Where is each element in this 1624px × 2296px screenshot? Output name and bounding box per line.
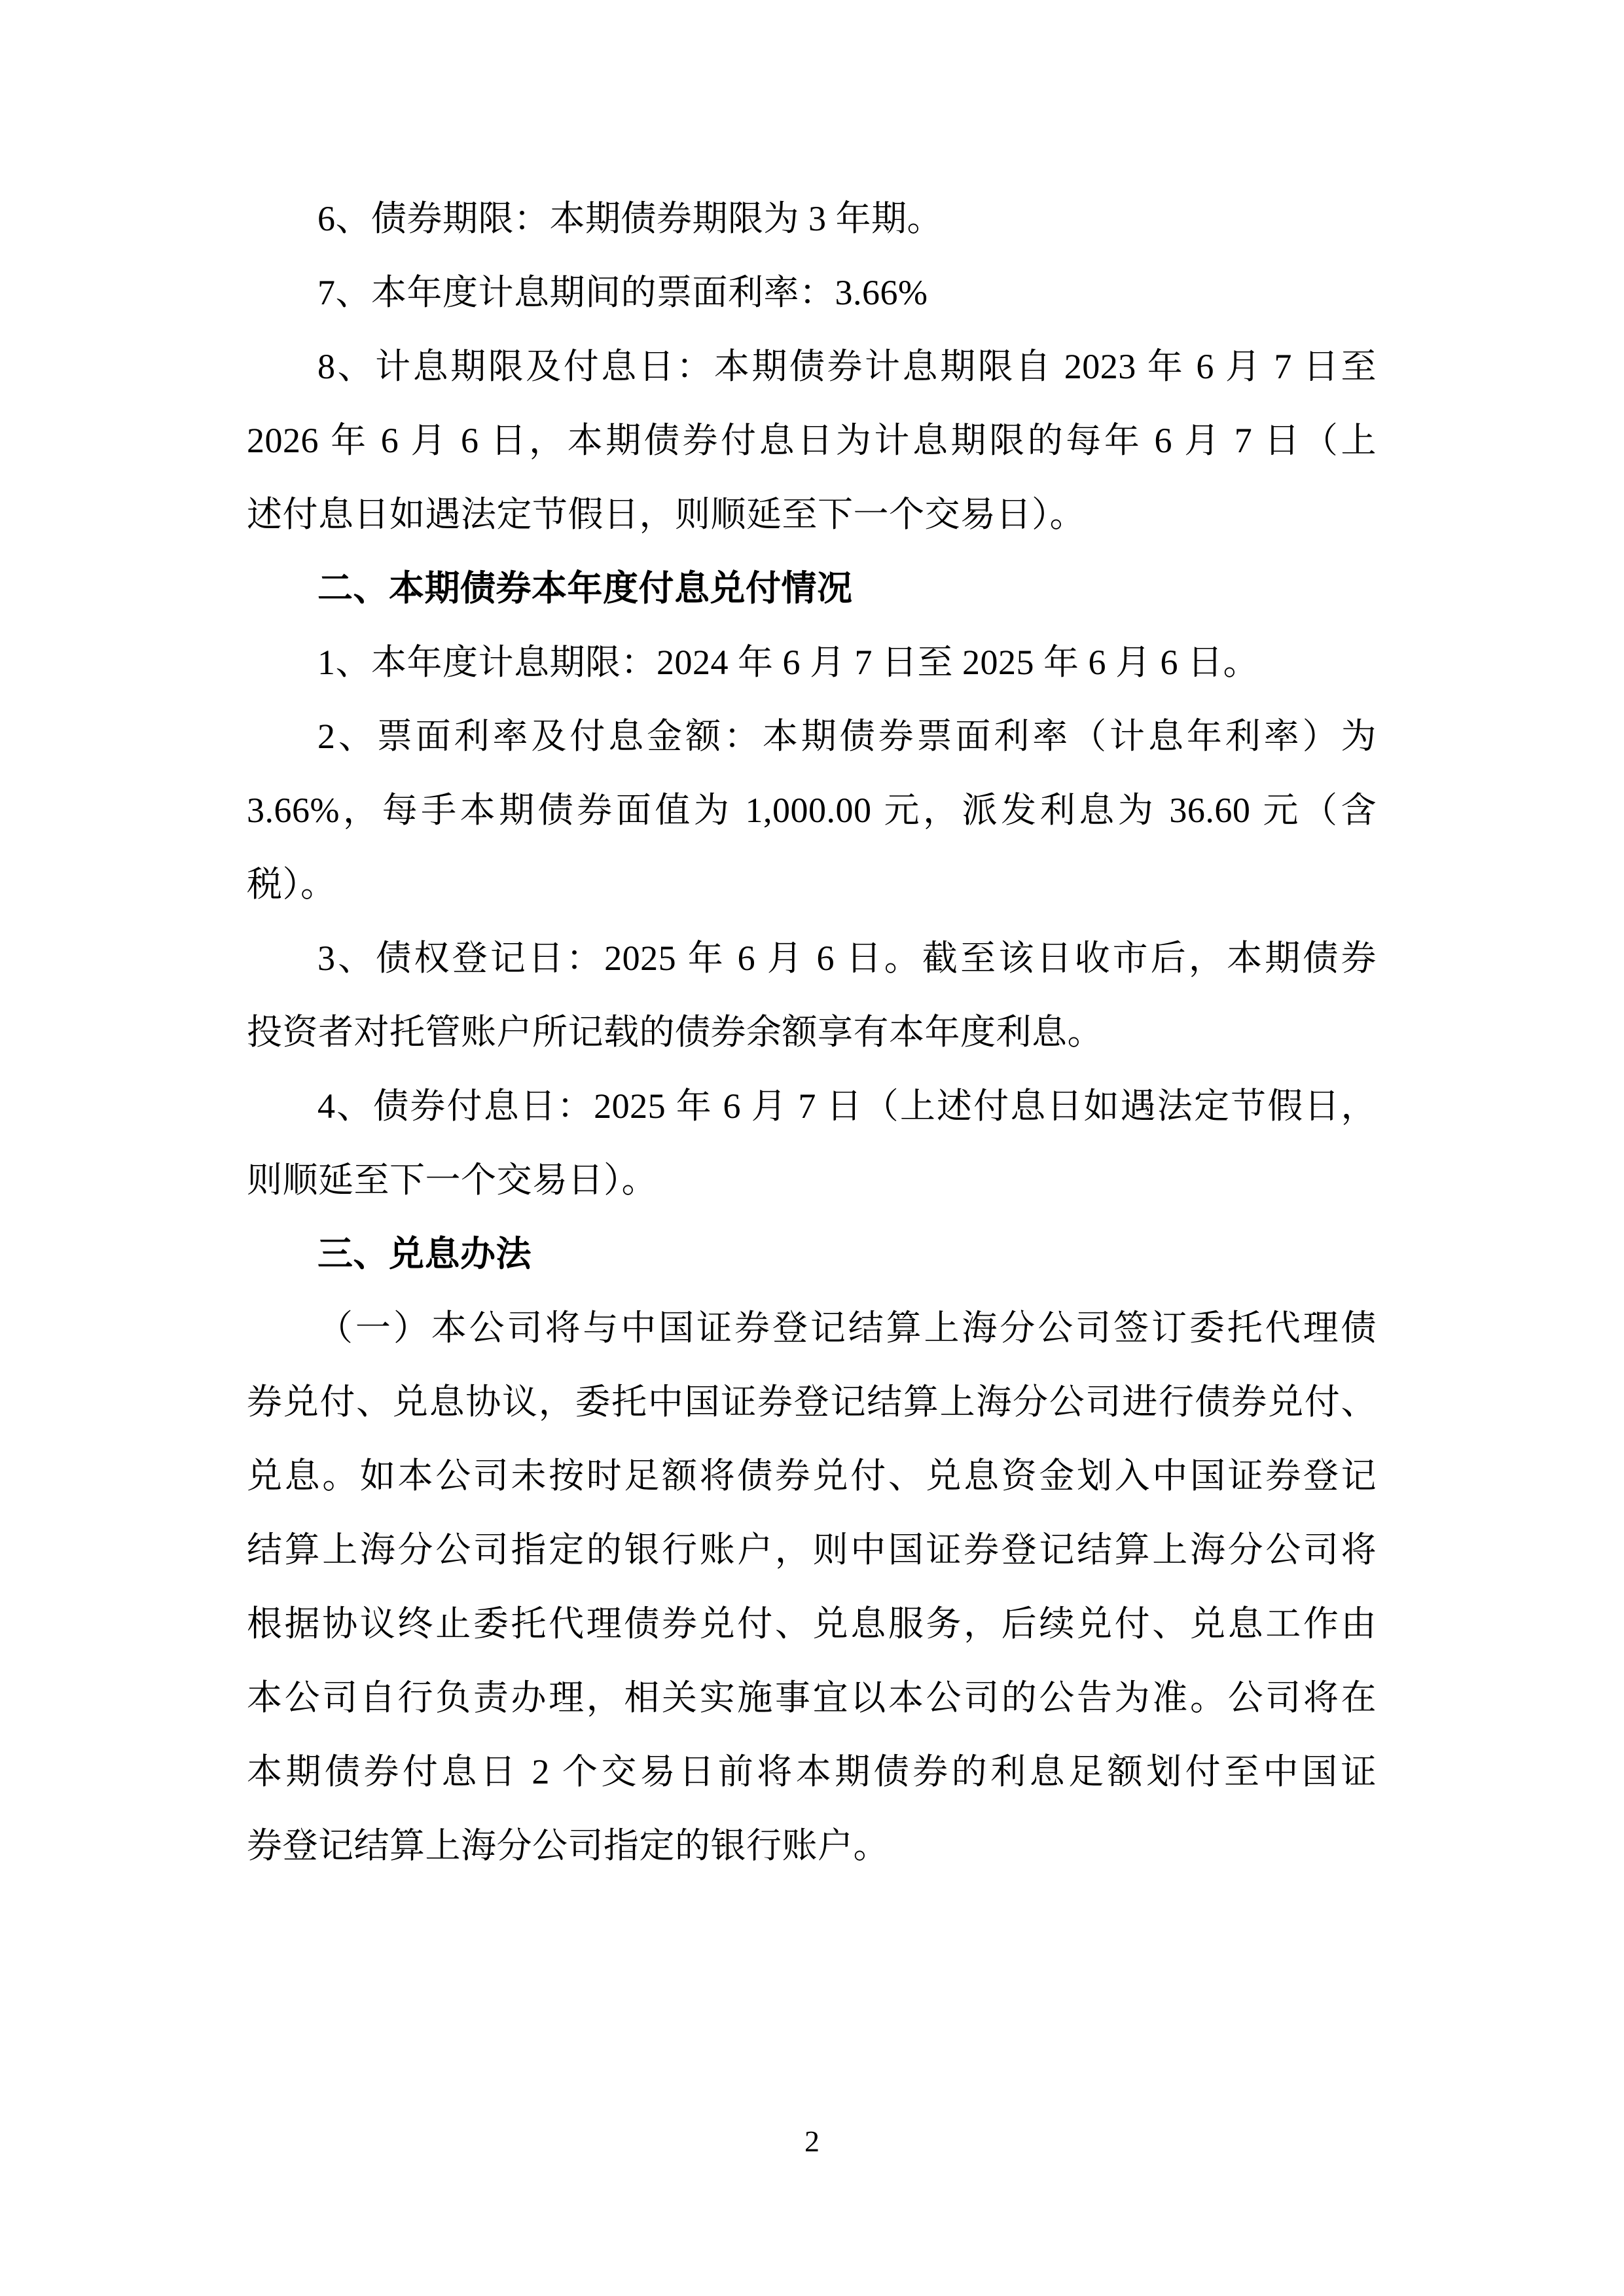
text-line: 本公司自行负责办理，相关实施事宜以本公司的公告为准。公司将在 [247,1661,1377,1735]
text-line: （一）本公司将与中国证券登记结算上海分公司签订委托代理债 [247,1291,1377,1365]
text-line: 1、本年度计息期限：2024 年 6 月 7 日至 2025 年 6 月 6 日… [247,626,1377,700]
text-line: 投资者对托管账户所记载的债券余额享有本年度利息。 [247,996,1377,1069]
paragraph: 7、本年度计息期间的票面利率：3.66% [247,256,1377,330]
text-line: 7、本年度计息期间的票面利率：3.66% [247,256,1377,330]
text-line: 2、票面利率及付息金额：本期债券票面利率（计息年利率）为 [247,700,1377,774]
text-line: 3.66%，每手本期债券面值为 1,000.00 元，派发利息为 36.60 元… [247,774,1377,848]
paragraph: 8、计息期限及付息日：本期债券计息期限自 2023 年 6 月 7 日至2026… [247,330,1377,552]
text-line: 二、本期债券本年度付息兑付情况 [247,552,1377,626]
section-heading: 二、本期债券本年度付息兑付情况 [247,552,1377,626]
text-line: 兑息。如本公司未按时足额将债券兑付、兑息资金划入中国证券登记 [247,1439,1377,1513]
document-page: 6、债券期限：本期债券期限为 3 年期。7、本年度计息期间的票面利率：3.66%… [0,0,1624,2296]
text-line: 税）。 [247,848,1377,922]
text-line: 6、债券期限：本期债券期限为 3 年期。 [247,182,1377,256]
text-line: 8、计息期限及付息日：本期债券计息期限自 2023 年 6 月 7 日至 [247,330,1377,404]
text-line: 结算上海分公司指定的银行账户，则中国证券登记结算上海分公司将 [247,1513,1377,1587]
section-heading: 三、兑息办法 [247,1217,1377,1291]
text-line: 述付息日如遇法定节假日，则顺延至下一个交易日）。 [247,478,1377,552]
paragraph: 1、本年度计息期限：2024 年 6 月 7 日至 2025 年 6 月 6 日… [247,626,1377,700]
paragraph: 3、债权登记日：2025 年 6 月 6 日。截至该日收市后，本期债券投资者对托… [247,922,1377,1069]
text-line: 本期债券付息日 2 个交易日前将本期债券的利息足额划付至中国证 [247,1735,1377,1809]
paragraph: 6、债券期限：本期债券期限为 3 年期。 [247,182,1377,256]
text-line: 券兑付、兑息协议，委托中国证券登记结算上海分公司进行债券兑付、 [247,1365,1377,1439]
text-line: 则顺延至下一个交易日）。 [247,1143,1377,1217]
paragraph: 2、票面利率及付息金额：本期债券票面利率（计息年利率）为3.66%，每手本期债券… [247,700,1377,922]
text-line: 根据协议终止委托代理债券兑付、兑息服务，后续兑付、兑息工作由 [247,1587,1377,1661]
text-line: 3、债权登记日：2025 年 6 月 6 日。截至该日收市后，本期债券 [247,922,1377,996]
text-line: 券登记结算上海分公司指定的银行账户。 [247,1809,1377,1883]
text-line: 4、债券付息日：2025 年 6 月 7 日（上述付息日如遇法定节假日， [247,1069,1377,1143]
text-line: 2026 年 6 月 6 日，本期债券付息日为计息期限的每年 6 月 7 日（上 [247,404,1377,478]
document-body: 6、债券期限：本期债券期限为 3 年期。7、本年度计息期间的票面利率：3.66%… [247,182,1377,1883]
paragraph: 4、债券付息日：2025 年 6 月 7 日（上述付息日如遇法定节假日，则顺延至… [247,1069,1377,1217]
page-number: 2 [0,2122,1624,2161]
text-line: 三、兑息办法 [247,1217,1377,1291]
paragraph: （一）本公司将与中国证券登记结算上海分公司签订委托代理债券兑付、兑息协议，委托中… [247,1291,1377,1883]
